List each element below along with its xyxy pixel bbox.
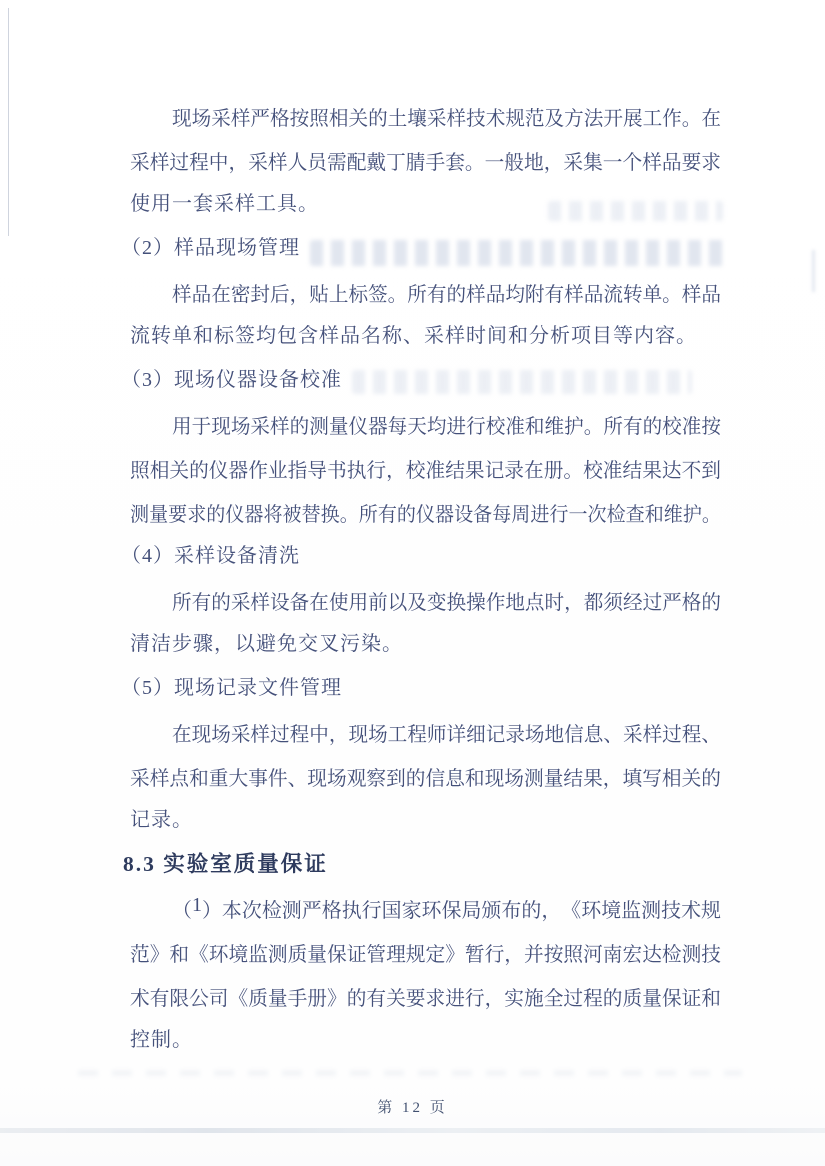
text-line: 采样点和重大事件、现场观察到的信息和现场测量结果，填写相关的 — [130, 754, 721, 798]
bleed-through-artifact — [78, 1070, 742, 1076]
text-line: 范》和《环境监测质量保证管理规定》暂行，并按照河南宏达检测技 — [130, 930, 721, 974]
text-line: 所有的采样设备在使用前以及变换操作地点时，都须经过严格的 — [130, 578, 721, 622]
scanned-document-page: 现场采样严格按照相关的土壤采样技术规范及方法开展工作。在采样过程中，采样人员需配… — [0, 0, 825, 1166]
page-number: 第 12 页 — [0, 1096, 825, 1117]
text-line: 术有限公司《质量手册》的有关要求进行，实施全过程的质量保证和 — [130, 974, 721, 1018]
text-line: 在现场采样过程中，现场工程师详细记录场地信息、采样过程、 — [130, 710, 721, 754]
text-line: 使用一套采样工具。 — [130, 182, 721, 226]
document-text: 现场采样严格按照相关的土壤采样技术规范及方法开展工作。在采样过程中，采样人员需配… — [130, 94, 721, 1062]
text-line: 样品在密封后，贴上标签。所有的样品均附有样品流转单。样品 — [130, 270, 721, 314]
text-line: 测量要求的仪器将被替换。所有的仪器设备每周进行一次检查和维护。 — [130, 490, 721, 534]
scan-bottom-band — [0, 1128, 825, 1133]
scan-edge-line — [8, 8, 9, 236]
text-line: 现场采样严格按照相关的土壤采样技术规范及方法开展工作。在 — [130, 94, 721, 138]
section-heading: 8.3 实验室质量保证 — [123, 842, 721, 886]
numbered-item-line: （5）现场记录文件管理 — [121, 666, 721, 710]
numbered-item-line: （3）现场仪器设备校准 — [121, 358, 721, 402]
numbered-item-line: （2）样品现场管理 — [121, 226, 721, 270]
numbered-item-line: （4）采样设备清洗 — [121, 534, 721, 578]
text-line: （1）本次检测严格执行国家环保局颁布的，《环境监测技术规 — [130, 886, 721, 930]
text-line: 记录。 — [130, 798, 721, 842]
text-line: 采样过程中，采样人员需配戴丁腈手套。一般地，采集一个样品要求 — [130, 138, 721, 182]
text-line: 照相关的仪器作业指导书执行，校准结果记录在册。校准结果达不到 — [130, 446, 721, 490]
text-line: 控制。 — [130, 1018, 721, 1062]
text-line: 流转单和标签均包含样品名称、采样时间和分析项目等内容。 — [130, 314, 721, 358]
scan-mark-artifact — [812, 250, 815, 292]
text-line: 用于现场采样的测量仪器每天均进行校准和维护。所有的校准按 — [130, 402, 721, 446]
text-line: 清洁步骤，以避免交叉污染。 — [130, 622, 721, 666]
